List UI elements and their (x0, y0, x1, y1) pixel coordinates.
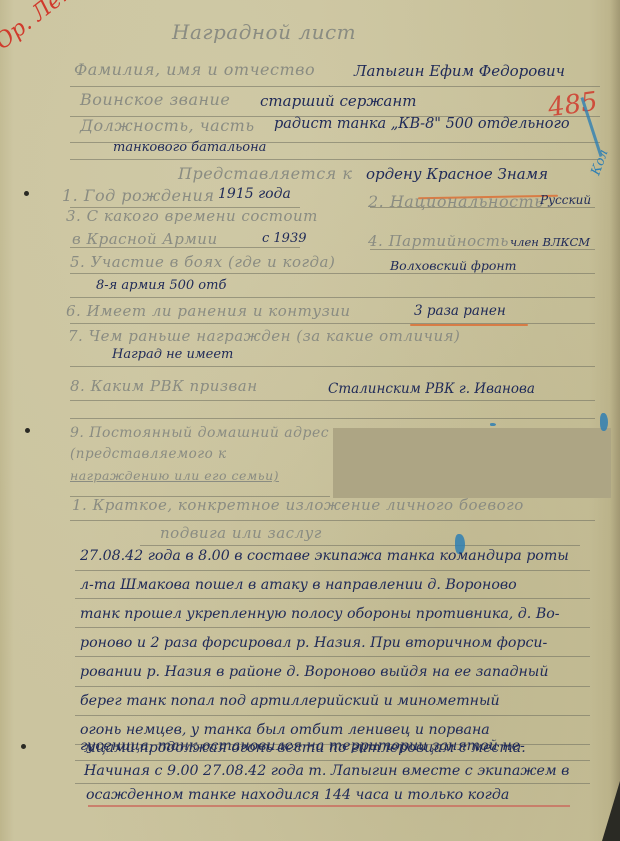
service-since-value: с 1939 (262, 231, 307, 246)
form-line (70, 86, 600, 87)
orange-underline (410, 324, 528, 326)
narrative-line: осажденном танке находился 144 часа и то… (86, 787, 509, 803)
rank-value: старший сержант (260, 92, 416, 110)
combat-participation-label: 5. Участие в боях (где и когда) (70, 253, 335, 271)
rank-label: Воинское звание (80, 90, 230, 109)
nationality-value: Русский (540, 193, 591, 207)
form-line (70, 273, 595, 274)
summary-label-1: 1. Краткое, конкретное изложение личного… (72, 496, 524, 514)
wounds-value: 3 раза ранен (414, 303, 506, 319)
previous-awards-label: 7. Чем раньше награжден (за какие отличи… (68, 327, 460, 345)
ink-mark (490, 423, 496, 426)
position-label: Должность, часть (80, 116, 255, 135)
paper-edge-shadow (610, 0, 620, 841)
form-line (70, 520, 595, 521)
form-line (70, 159, 600, 160)
party-label: 4. Партийность (368, 232, 509, 250)
combat-participation-value-2: 8-я армия 500 отб (96, 278, 226, 293)
form-line (75, 686, 590, 687)
nationality-label: 2. Национальность (368, 192, 543, 211)
ink-mark (600, 413, 608, 431)
service-since-label-2: в Красной Армии (72, 230, 218, 248)
form-line (75, 783, 590, 784)
form-line (140, 545, 580, 546)
form-line (75, 627, 590, 628)
form-line (70, 418, 595, 419)
narrative-line: огонь немцев, у танка был отбит ленивец … (80, 722, 490, 738)
nominated-label: Представляется к (178, 164, 352, 183)
birth-year-value: 1915 года (218, 186, 291, 202)
punch-mark (25, 428, 30, 433)
form-line (70, 400, 595, 401)
previous-awards-value: Наград не имеет (112, 347, 233, 362)
punch-mark (21, 744, 26, 749)
form-line (70, 297, 595, 298)
red-underline (88, 805, 570, 807)
page-corner (602, 781, 620, 841)
party-value: член ВЛКСМ (510, 235, 590, 249)
service-since-label-1: 3. С какого времени состоит (66, 207, 318, 225)
redacted-address (333, 428, 611, 498)
nominated-value: ордену Красное Знамя (366, 165, 548, 183)
form-line (70, 366, 595, 367)
narrative-line: роново и 2 раза форсировал р. Назия. При… (80, 635, 547, 651)
narrative-line: Начиная с 9.00 27.08.42 года т. Лапыгин … (84, 763, 569, 779)
narrative-line: л-та Шмакова пошел в атаку в направлении… (80, 577, 517, 593)
wounds-label: 6. Имеет ли ранения и контузии (66, 302, 351, 320)
name-value: Лапыгин Ефим Федорович (354, 62, 565, 80)
birth-year-label: 1. Год рождения (62, 186, 214, 205)
narrative-line: 27.08.42 года в 8.00 в составе экипажа т… (80, 548, 569, 564)
narrative-line: мцами продолжая огонь вести по гитлеровц… (84, 740, 526, 756)
form-line (75, 715, 590, 716)
name-label: Фамилия, имя и отчество (74, 60, 315, 79)
document-title: Наградной лист (172, 20, 356, 44)
form-line (75, 656, 590, 657)
home-address-label-3: награждению или его семьи) (70, 468, 279, 483)
home-address-label-2: (представляемого к (70, 446, 227, 462)
position-value-line2: танкового батальона (113, 140, 266, 155)
narrative-line: ровании р. Назия в районе д. Вороново вы… (80, 664, 549, 680)
form-line (75, 598, 590, 599)
punch-mark (24, 191, 29, 196)
narrative-line: танк прошел укрепленную полосу обороны п… (80, 606, 560, 622)
narrative-line: берег танк попал под артиллерийский и ми… (80, 693, 500, 709)
summary-label-2: подвига или заслуг (160, 524, 322, 542)
form-line (75, 760, 590, 761)
position-value-line1: радист танка „КВ-8" 500 отдельного (274, 116, 570, 132)
draft-office-value: Сталинским РВК г. Иванова (328, 381, 535, 397)
home-address-label-1: 9. Постоянный домашний адрес (70, 425, 329, 441)
combat-participation-value-1: Волховский фронт (390, 258, 516, 273)
draft-office-label: 8. Каким РВК призван (70, 377, 258, 395)
form-line (75, 570, 590, 571)
